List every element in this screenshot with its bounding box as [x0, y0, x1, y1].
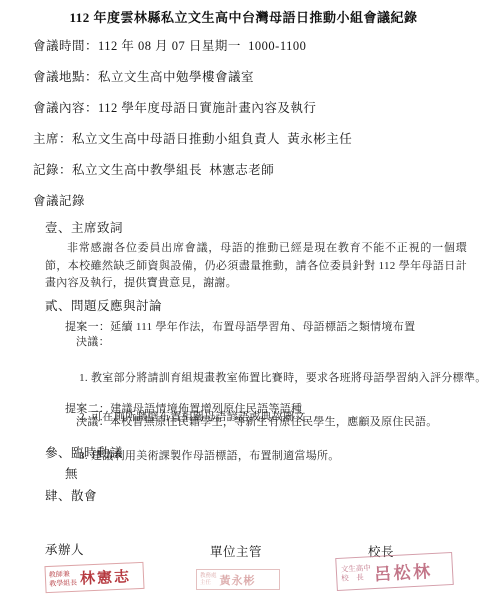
- meeting-content-line: 會議內容：112 學年度母語日實施計畫內容及執行: [33, 98, 316, 116]
- resolution-item: 教室部分將請訓育組規畫教室佈置比賽時，要求各班將母語學習納入評分標準。: [91, 371, 487, 386]
- signature-label-organizer: 承辦人: [45, 540, 84, 558]
- seal-title-line: 教學組長: [49, 578, 77, 587]
- seal-name-text: 呂松林: [373, 557, 433, 585]
- signature-label-unit-head: 單位主管: [210, 542, 262, 560]
- meeting-recorder-line: 記錄：私立文生高中教學組長 林憲志老師: [33, 160, 274, 178]
- section4-heading: 肆、散會: [45, 486, 97, 504]
- seal-name-text: 黃永彬: [220, 572, 256, 588]
- meeting-time-line: 會議時間：112 年 08 月 07 日星期一 1000-1100: [33, 36, 306, 54]
- proposal2-title: 提案二：建議母語情境佈置增列原住民語等語種: [65, 400, 302, 416]
- records-heading: 會議記錄: [33, 191, 85, 209]
- meeting-location-line: 會議地點：私立文生高中勉學樓會議室: [33, 67, 254, 85]
- document-title: 112 年度雲林縣私立文生高中台灣母語日推動小組會議紀錄: [0, 7, 487, 26]
- seal-title-text: 文生高中 校 長: [341, 564, 372, 583]
- seal-title-line: 主任: [200, 580, 217, 586]
- resolution-item: 建議利用美術課製作母語標語，布置制適當場所。: [91, 449, 487, 464]
- organizer-seal-stamp: 教師兼 教學組長 林憲志: [44, 562, 144, 593]
- meeting-chair-line: 主席：私立文生高中母語日推動小組負責人 黃永彬主任: [33, 129, 352, 147]
- seal-title-text: 教務處 主任: [200, 573, 217, 586]
- principal-seal-stamp: 文生高中 校 長 呂松林: [335, 552, 454, 591]
- seal-title-text: 教師兼 教學組長: [49, 570, 78, 587]
- section3-heading: 參、臨時動議: [45, 443, 123, 461]
- unit-head-seal-stamp: 教務處 主任 黃永彬: [196, 569, 280, 590]
- seal-name-text: 林憲志: [80, 565, 132, 588]
- proposal2-resolution: 決議：本校暫無原住民籍學生，等新生有原住民學生，應顧及原住民語。: [76, 415, 471, 430]
- section1-heading: 壹、主席致詞: [45, 218, 123, 236]
- proposal1-title: 提案一：延續 111 學年作法，布置母語學習角、母語標語之類情境布置: [65, 318, 415, 334]
- section2-heading: 貳、問題反應與討論: [45, 296, 162, 314]
- meeting-minutes-document: 112 年度雲林縣私立文生高中台灣母語日推動小組會議紀錄 會議時間：112 年 …: [0, 0, 487, 600]
- chair-remarks-paragraph: 非常感謝各位委員出席會議，母語的推動已經是現在教育不能不正視的一個環節，本校雖然…: [45, 240, 467, 293]
- section3-content: 無: [65, 464, 78, 482]
- seal-title-line: 校 長: [341, 573, 371, 583]
